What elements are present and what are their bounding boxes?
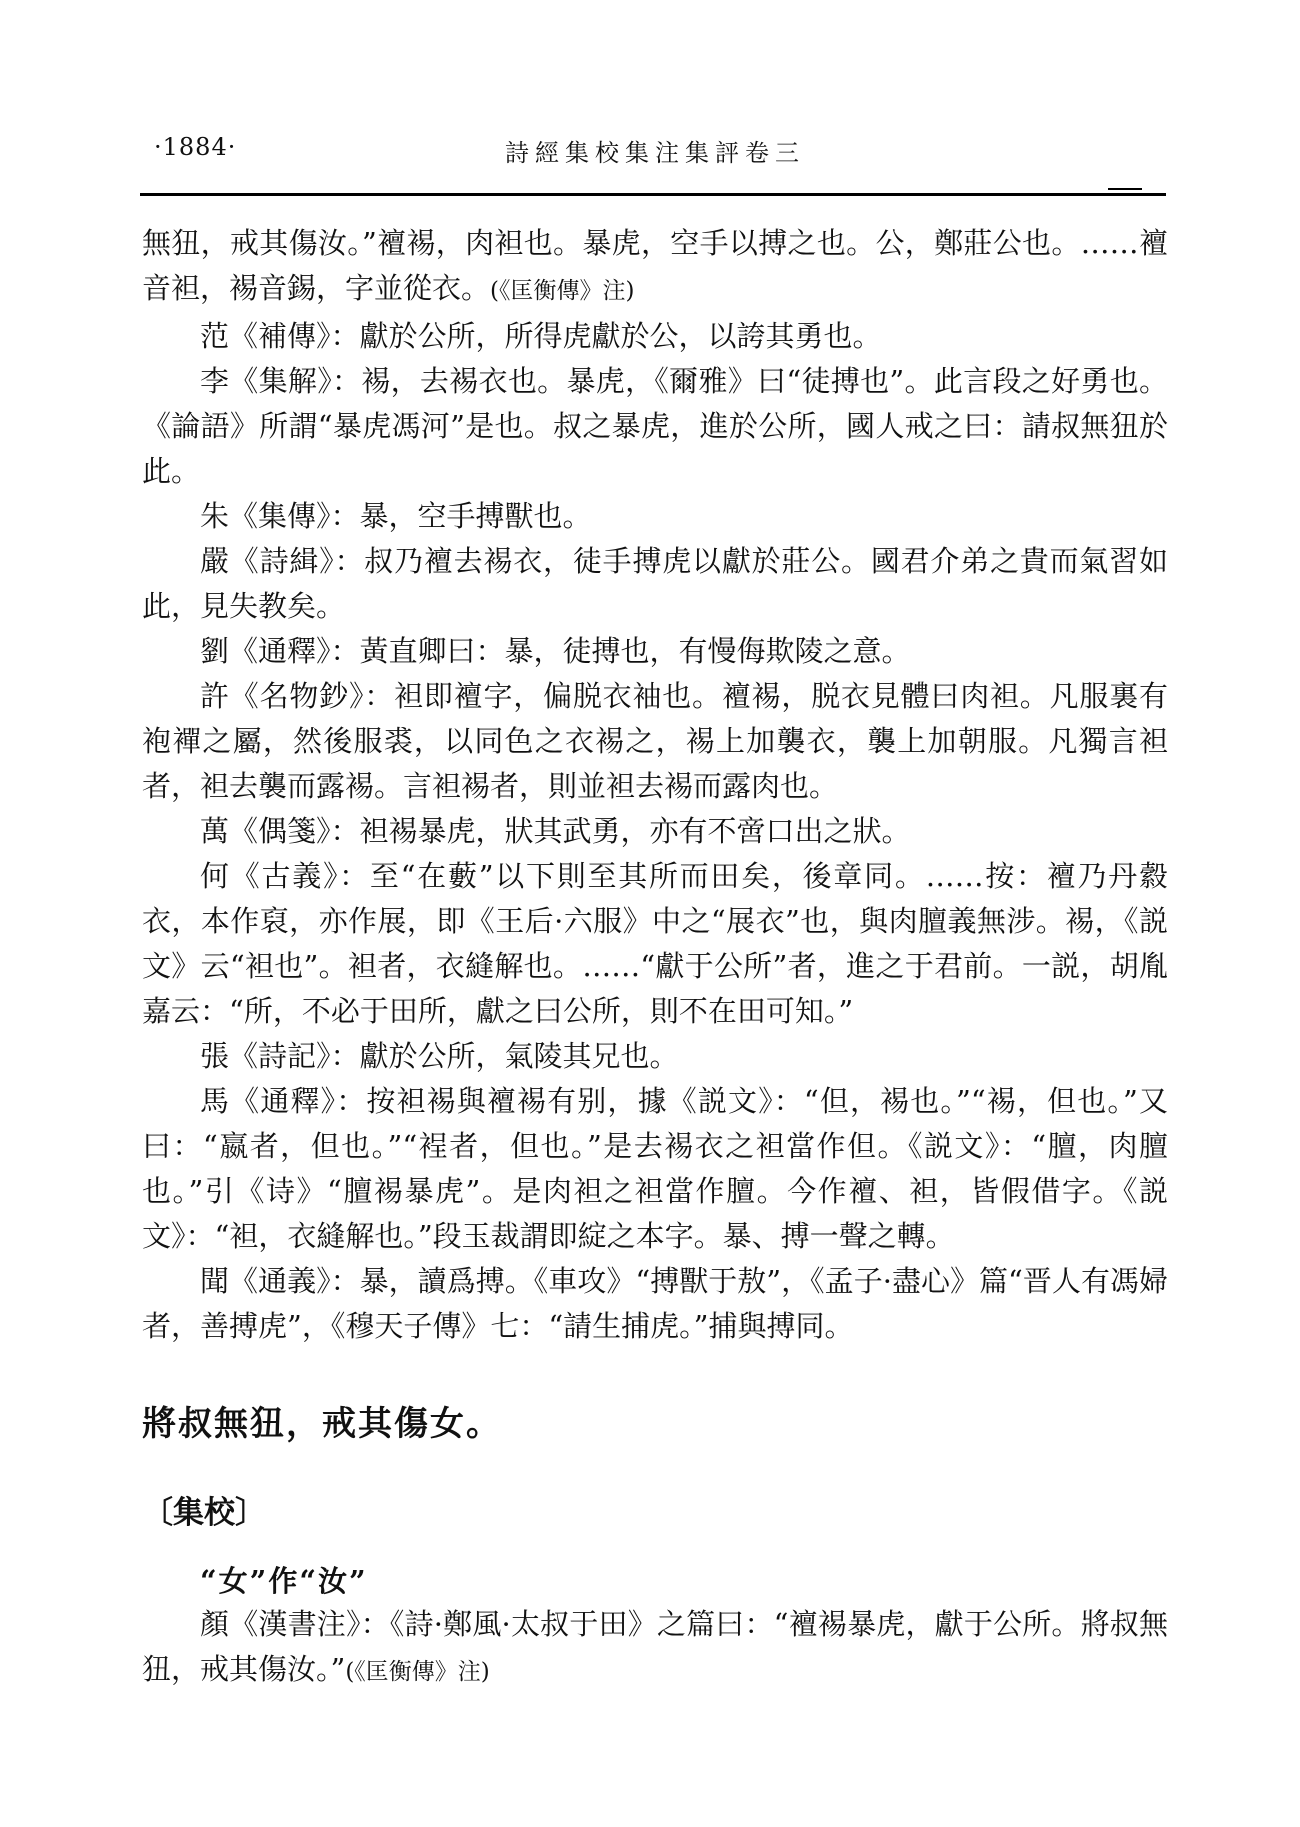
para-liu-tongshi: 劉《通釋》：黃直卿曰：暴，徒搏也，有慢侮欺陵之意。 (142, 629, 1168, 674)
header-rule-artifact (1108, 188, 1142, 190)
source-note: (《匡衡傳》注) (490, 278, 634, 304)
page-content: 無狃，戒其傷汝。”襢裼，肉袒也。暴虎，空手以搏之也。公，鄭莊公也。……襢音袒，裼… (142, 221, 1168, 1695)
para-kuangheng-note-continuation: 無狃，戒其傷汝。”襢裼，肉袒也。暴虎，空手以搏之也。公，鄭莊公也。……襢音袒，裼… (142, 221, 1168, 314)
para-zhu-jizhuan: 朱《集傳》：暴，空手搏獸也。 (142, 494, 1168, 539)
para-wan-oujian: 萬《偶箋》：袒裼暴虎，狀其武勇，亦有不啻口出之狀。 (142, 809, 1168, 854)
book-page: ·1884· 詩經集校集注集評卷三 無狃，戒其傷汝。”襢裼，肉袒也。暴虎，空手以… (0, 0, 1300, 1827)
para-yan-shiji: 嚴《詩緝》：叔乃襢去裼衣，徒手搏虎以獻於莊公。國君介弟之貴而氣習如此，見失教矣。 (142, 539, 1168, 629)
para-zhang-shiji: 張《詩記》：獻於公所，氣陵其兄也。 (142, 1034, 1168, 1079)
header-rule (140, 193, 1166, 196)
section-label-jixiao: 〔集校〕 (142, 1492, 1168, 1534)
para-wen-tongyi: 聞《通義》：暴，讀爲搏。《車攻》“搏獸于敖”，《孟子·盡心》篇“晋人有馮婦者，善… (142, 1259, 1168, 1349)
para-yan-hanshuzhu: 顏《漢書注》：《詩·鄭風·太叔于田》之篇曰：“襢裼暴虎，獻于公所。將叔無狃，戒其… (142, 1602, 1168, 1695)
source-note: (《匡衡傳》注) (345, 1659, 489, 1685)
para-li-jijie: 李《集解》：裼，去裼衣也。暴虎，《爾雅》曰“徒搏也”。此言段之好勇也。《論語》所… (142, 359, 1168, 494)
para-he-guyi: 何《古義》：至“在藪”以下則至其所而田矣，後章同。……按：襢乃丹縠衣，本作裒，亦… (142, 854, 1168, 1034)
verse-heading: 將叔無狃，戒其傷女。 (142, 1402, 1168, 1446)
para-xu-mingwuchao: 許《名物鈔》：袒即襢字，偏脱衣袖也。襢裼，脱衣見體曰肉袒。凡服裏有袍襌之屬，然後… (142, 674, 1168, 809)
running-head: ·1884· 詩經集校集注集評卷三 (142, 131, 1168, 165)
para-text: 顏《漢書注》：《詩·鄭風·太叔于田》之篇曰：“襢裼暴虎，獻于公所。將叔無狃，戒其… (142, 1607, 1168, 1686)
running-title: 詩經集校集注集評卷三 (142, 133, 1168, 168)
para-text: 無狃，戒其傷汝。”襢裼，肉袒也。暴虎，空手以搏之也。公，鄭莊公也。……襢音袒，裼… (142, 226, 1168, 305)
variant-heading: “女”作“汝” (142, 1560, 1168, 1602)
para-ma-tongshi: 馬《通釋》：按袒裼與襢裼有别，據《説文》：“但，裼也。”“裼，但也。”又曰：“嬴… (142, 1079, 1168, 1259)
para-fan-buchuan: 范《補傳》：獻於公所，所得虎獻於公，以誇其勇也。 (142, 314, 1168, 359)
